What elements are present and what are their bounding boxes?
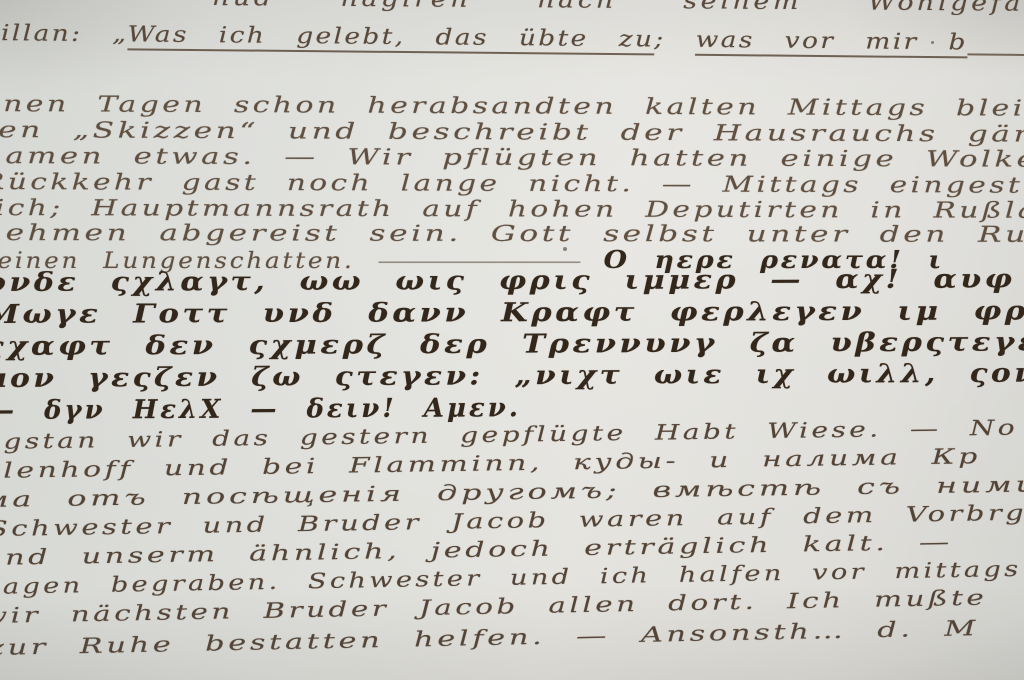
greek-cipher-line: Μωγε Γοττ υνδ δανν Κραφτ φερλεγεν ιμ φρε… <box>0 296 1024 330</box>
manuscript-text: rillan: „ <box>0 21 128 47</box>
manuscript-line: nehmen abgereist sein. Gott selbst unter… <box>0 221 1024 248</box>
manuscript-line: lich; Hauptmannsrath auf hohen Deputirte… <box>0 196 1024 224</box>
underlined-phrase: was vor mir b <box>695 28 968 59</box>
handwriting-layer: nud nagiren nach seinem Wohlgefallen. ri… <box>0 0 1024 680</box>
greek-cipher-line: μον γεςζεν ζω ςτεγεν: „νιχτ ωιε ιχ ωιλλ,… <box>0 358 1024 394</box>
manuscript-text: ; <box>654 27 696 52</box>
manuscript-line: ten „Skizzen“ und beschreibt der Hausrau… <box>0 118 1024 148</box>
manuscript-line: namen etwas. — Wir pflügten hatten einig… <box>0 144 1024 173</box>
ink-speck <box>563 247 567 251</box>
greek-cipher-line: — δγν ΗελΧ — δειν! Αμεν. <box>0 393 521 426</box>
underlined-phrase: Was ich gelebt, das übte zu <box>127 22 654 55</box>
manuscript-line: Rückkehr gast noch lange nicht. — Mittag… <box>0 170 1024 199</box>
ink-speck <box>931 41 934 44</box>
underline-stroke <box>968 53 1024 57</box>
manuscript-photo: nud nagiren nach seinem Wohlgefallen. ri… <box>0 0 1024 680</box>
manuscript-line: enen Tagen schon herabsandten kalten Mit… <box>0 92 1024 122</box>
manuscript-line-underlined-quote: rillan: „Was ich gelebt, das übte zu; wa… <box>0 21 1024 57</box>
greek-cipher-line: υνδε ςχλαγτ, ωω ωις φρις ιμμερ — αχ! αυφ… <box>0 264 1024 298</box>
greek-cipher-line: ςχαφτ δεν ςχμερζ δερ Τρεννυνγ ζα υβερςτε… <box>0 327 1024 362</box>
manuscript-line: nud nagiren nach seinem Wohlgefallen. <box>212 0 1024 17</box>
